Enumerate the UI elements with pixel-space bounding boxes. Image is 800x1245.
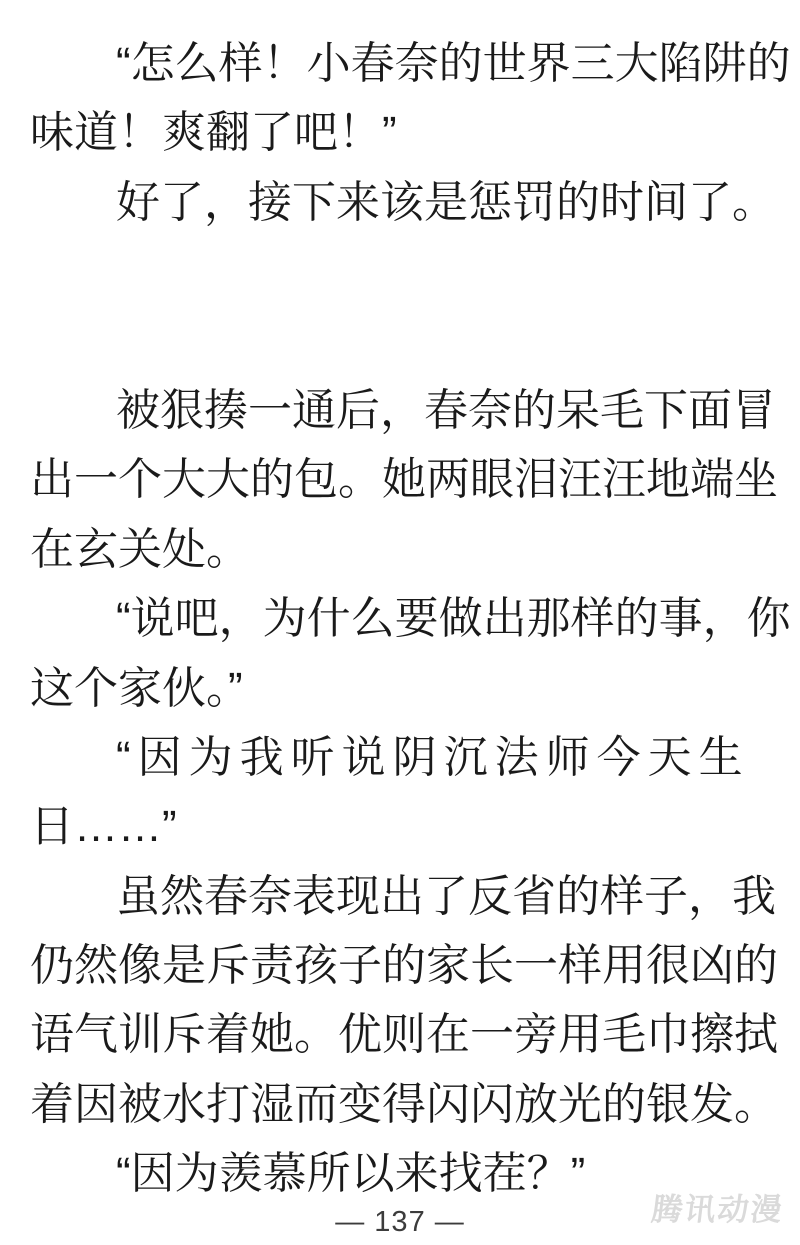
text-line: 着因被水打湿而变得闪闪放光的银发。 [30,1070,780,1139]
text-line: 语气训斥着她。优则在一旁用毛巾擦拭 [30,1000,780,1069]
text-line: “说吧，为什么要做出那样的事，你 [30,584,780,653]
blank-line [30,237,780,306]
page-number: — 137 — [0,1206,800,1239]
text-line: 味道！爽翻了吧！” [30,98,780,167]
text-area: “怎么样！小春奈的世界三大陷阱的 味道！爽翻了吧！” 好了，接下来该是惩罚的时间… [30,29,780,1209]
text-line: “怎么样！小春奈的世界三大陷阱的 [30,29,780,98]
text-line: 在玄关处。 [30,515,780,584]
text-line: 出一个大大的包。她两眼泪汪汪地端坐 [30,445,780,514]
text-line: 虽然春奈表现出了反省的样子，我 [30,862,780,931]
text-line: 这个家伙。” [30,654,780,723]
text-line: 仍然像是斥责孩子的家长一样用很凶的 [30,931,780,1000]
text-line: 好了，接下来该是惩罚的时间了。 [30,168,780,237]
novel-reader-page[interactable]: “怎么样！小春奈的世界三大陷阱的 味道！爽翻了吧！” 好了，接下来该是惩罚的时间… [0,0,800,1245]
text-line: “因为我听说阴沉法师今天生 [30,723,780,792]
text-line: 日……” [30,792,780,861]
blank-line [30,307,780,376]
text-line: 被狠揍一通后，春奈的呆毛下面冒 [30,376,780,445]
